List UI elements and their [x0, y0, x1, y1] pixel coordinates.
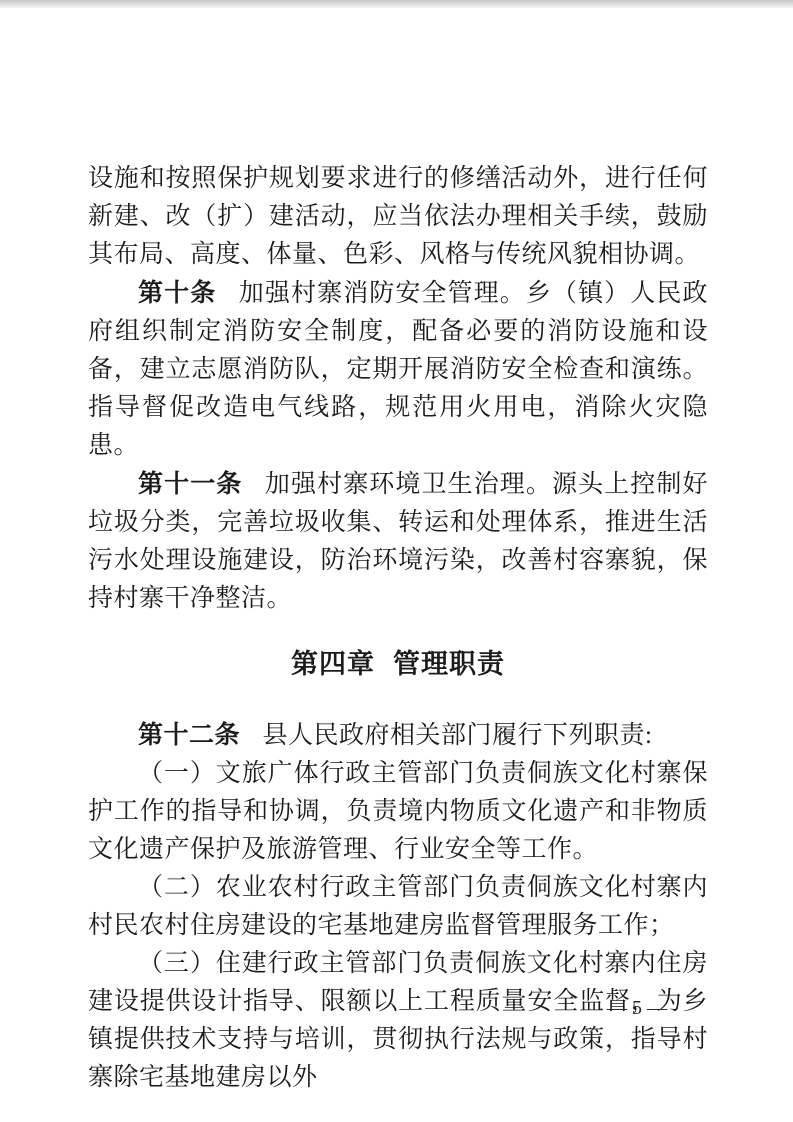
- article-11-label: 第十一条: [138, 470, 242, 498]
- article-10-label: 第十条: [138, 279, 216, 307]
- article-12-text: 县人民政府相关部门履行下列职责:: [263, 722, 653, 749]
- article-12: 第十二条县人民政府相关部门履行下列职责:: [88, 716, 708, 755]
- chapter-heading: 第四章 管理职责: [88, 644, 708, 684]
- list-item-2: （二）农业农村行政主管部门负责侗族文化村寨内村民农村住房建设的宅基地建房监督管理…: [88, 869, 708, 945]
- list-item-1: （一）文旅广体行政主管部门负责侗族文化村寨保护工作的指导和协调，负责境内物质文化…: [88, 755, 708, 869]
- page-number: — 5 —: [607, 996, 667, 1020]
- scan-edge-artifact: [0, 0, 793, 8]
- paragraph-continued: 设施和按照保护规划要求进行的修缮活动外，进行任何新建、改（扩）建活动，应当依法办…: [88, 160, 708, 274]
- article-10: 第十条加强村寨消防安全管理。乡（镇）人民政府组织制定消防安全制度，配备必要的消防…: [88, 274, 708, 465]
- document-content: 设施和按照保护规划要求进行的修缮活动外，进行任何新建、改（扩）建活动，应当依法办…: [88, 160, 708, 1097]
- article-11: 第十一条加强村寨环境卫生治理。源头上控制好垃圾分类，完善垃圾收集、转运和处理体系…: [88, 465, 708, 618]
- document-page: 设施和按照保护规划要求进行的修缮活动外，进行任何新建、改（扩）建活动，应当依法办…: [0, 0, 793, 1122]
- list-item-3: （三）住建行政主管部门负责侗族文化村寨内住房建设提供设计指导、限额以上工程质量安…: [88, 945, 708, 1097]
- article-12-label: 第十二条: [138, 721, 240, 749]
